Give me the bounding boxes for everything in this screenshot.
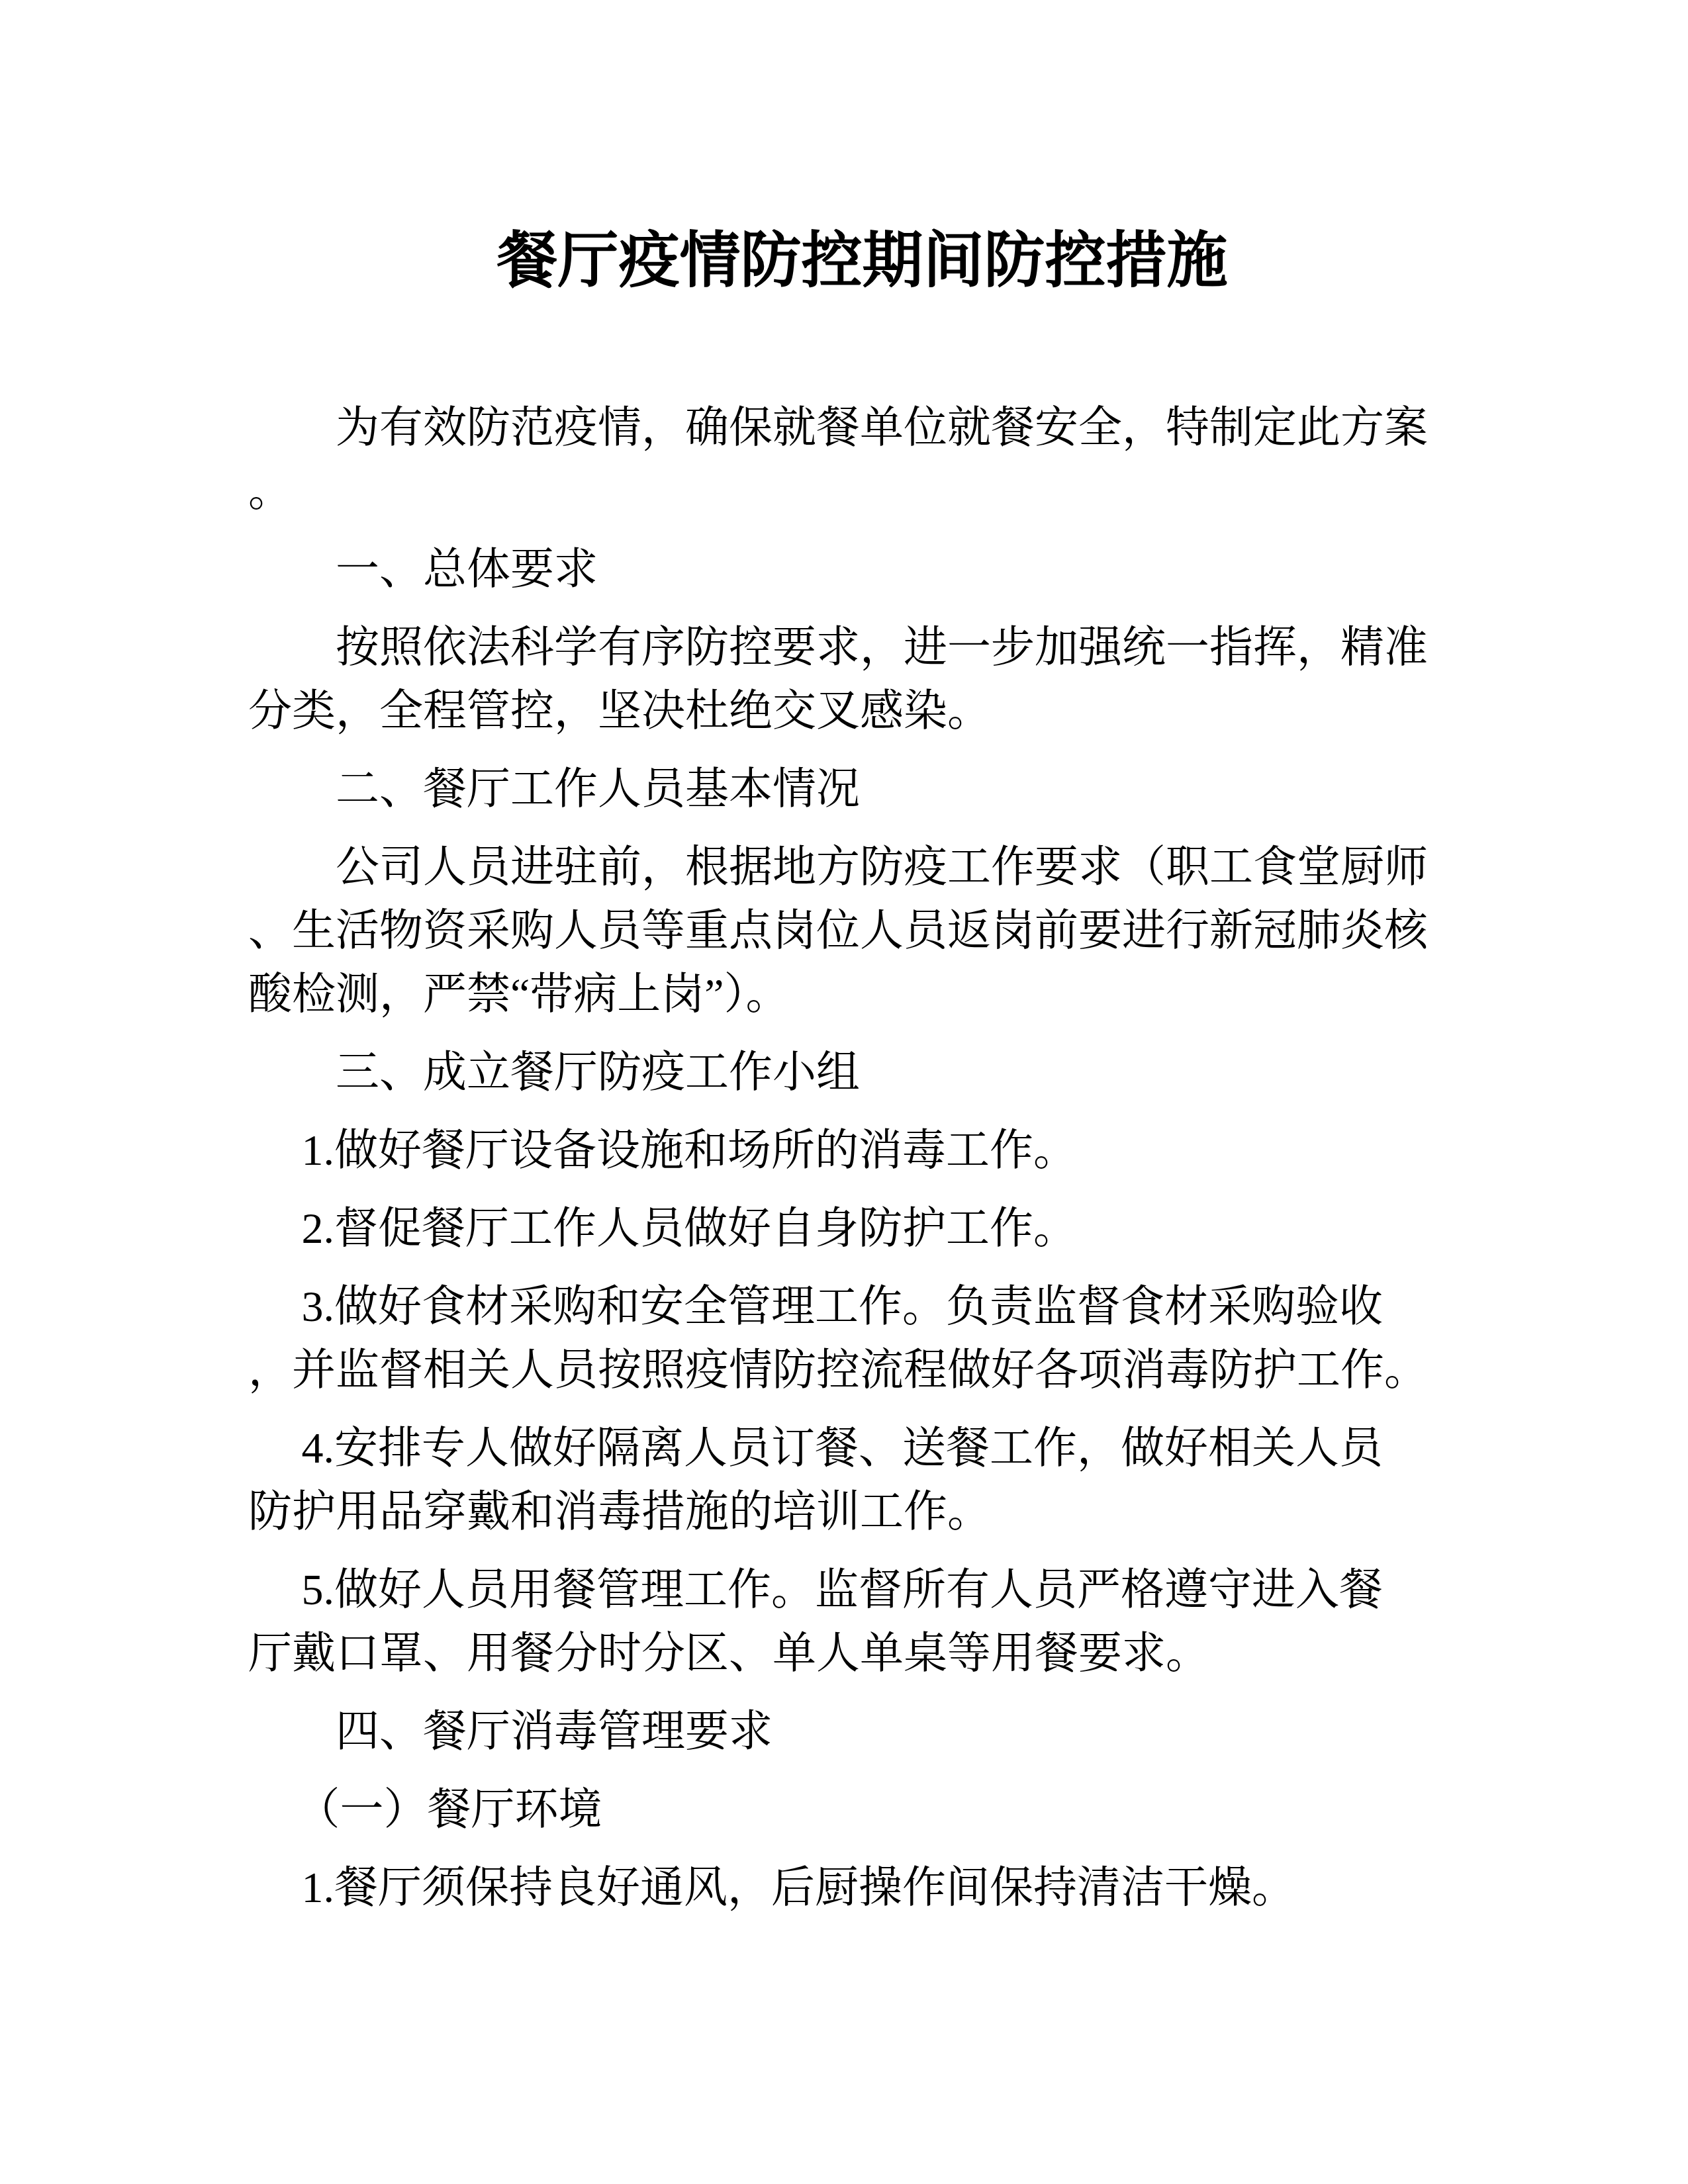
list-item-3: 3.做好食材采购和安全管理工作。负责监督食材采购验收 ，并监督相关人员按照疫情防… <box>248 1275 1476 1402</box>
list-item-5: 5.做好人员用餐管理工作。监督所有人员严格遵守进入餐 厅戴口罩、用餐分时分区、单… <box>248 1559 1476 1686</box>
section-heading-1: 一、总体要求 <box>248 538 1476 602</box>
section-heading-4: 四、餐厅消毒管理要求 <box>248 1700 1476 1764</box>
subsection-heading-env: （一）餐厅环境 <box>248 1778 1476 1842</box>
paragraph-intro: 为有效防范疫情，确保就餐单位就餐安全，特制定此方案 。 <box>248 396 1476 523</box>
list-item-1: 1.做好餐厅设备设施和场所的消毒工作。 <box>248 1119 1476 1183</box>
section-heading-3: 三、成立餐厅防疫工作小组 <box>248 1041 1476 1105</box>
document-page: 餐厅疫情防控期间防控措施 为有效防范疫情，确保就餐单位就餐安全，特制定此方案 。… <box>0 0 1688 2184</box>
document-title: 餐厅疫情防控期间防控措施 <box>248 228 1476 294</box>
document-body: 为有效防范疫情，确保就餐单位就餐安全，特制定此方案 。 一、总体要求 按照依法科… <box>248 396 1476 1920</box>
list-item-4: 4.安排专人做好隔离人员订餐、送餐工作，做好相关人员 防护用品穿戴和消毒措施的培… <box>248 1417 1476 1544</box>
paragraph-overall-req: 按照依法科学有序防控要求，进一步加强统一指挥，精准 分类，全程管控，坚决杜绝交叉… <box>248 616 1476 743</box>
paragraph-env-item-1: 1.餐厅须保持良好通风，后厨操作间保持清洁干燥。 <box>248 1856 1476 1920</box>
section-heading-2: 二、餐厅工作人员基本情况 <box>248 758 1476 821</box>
paragraph-staff-basics: 公司人员进驻前，根据地方防疫工作要求（职工食堂厨师 、生活物资采购人员等重点岗位… <box>248 836 1476 1026</box>
list-item-2: 2.督促餐厅工作人员做好自身防护工作。 <box>248 1197 1476 1261</box>
